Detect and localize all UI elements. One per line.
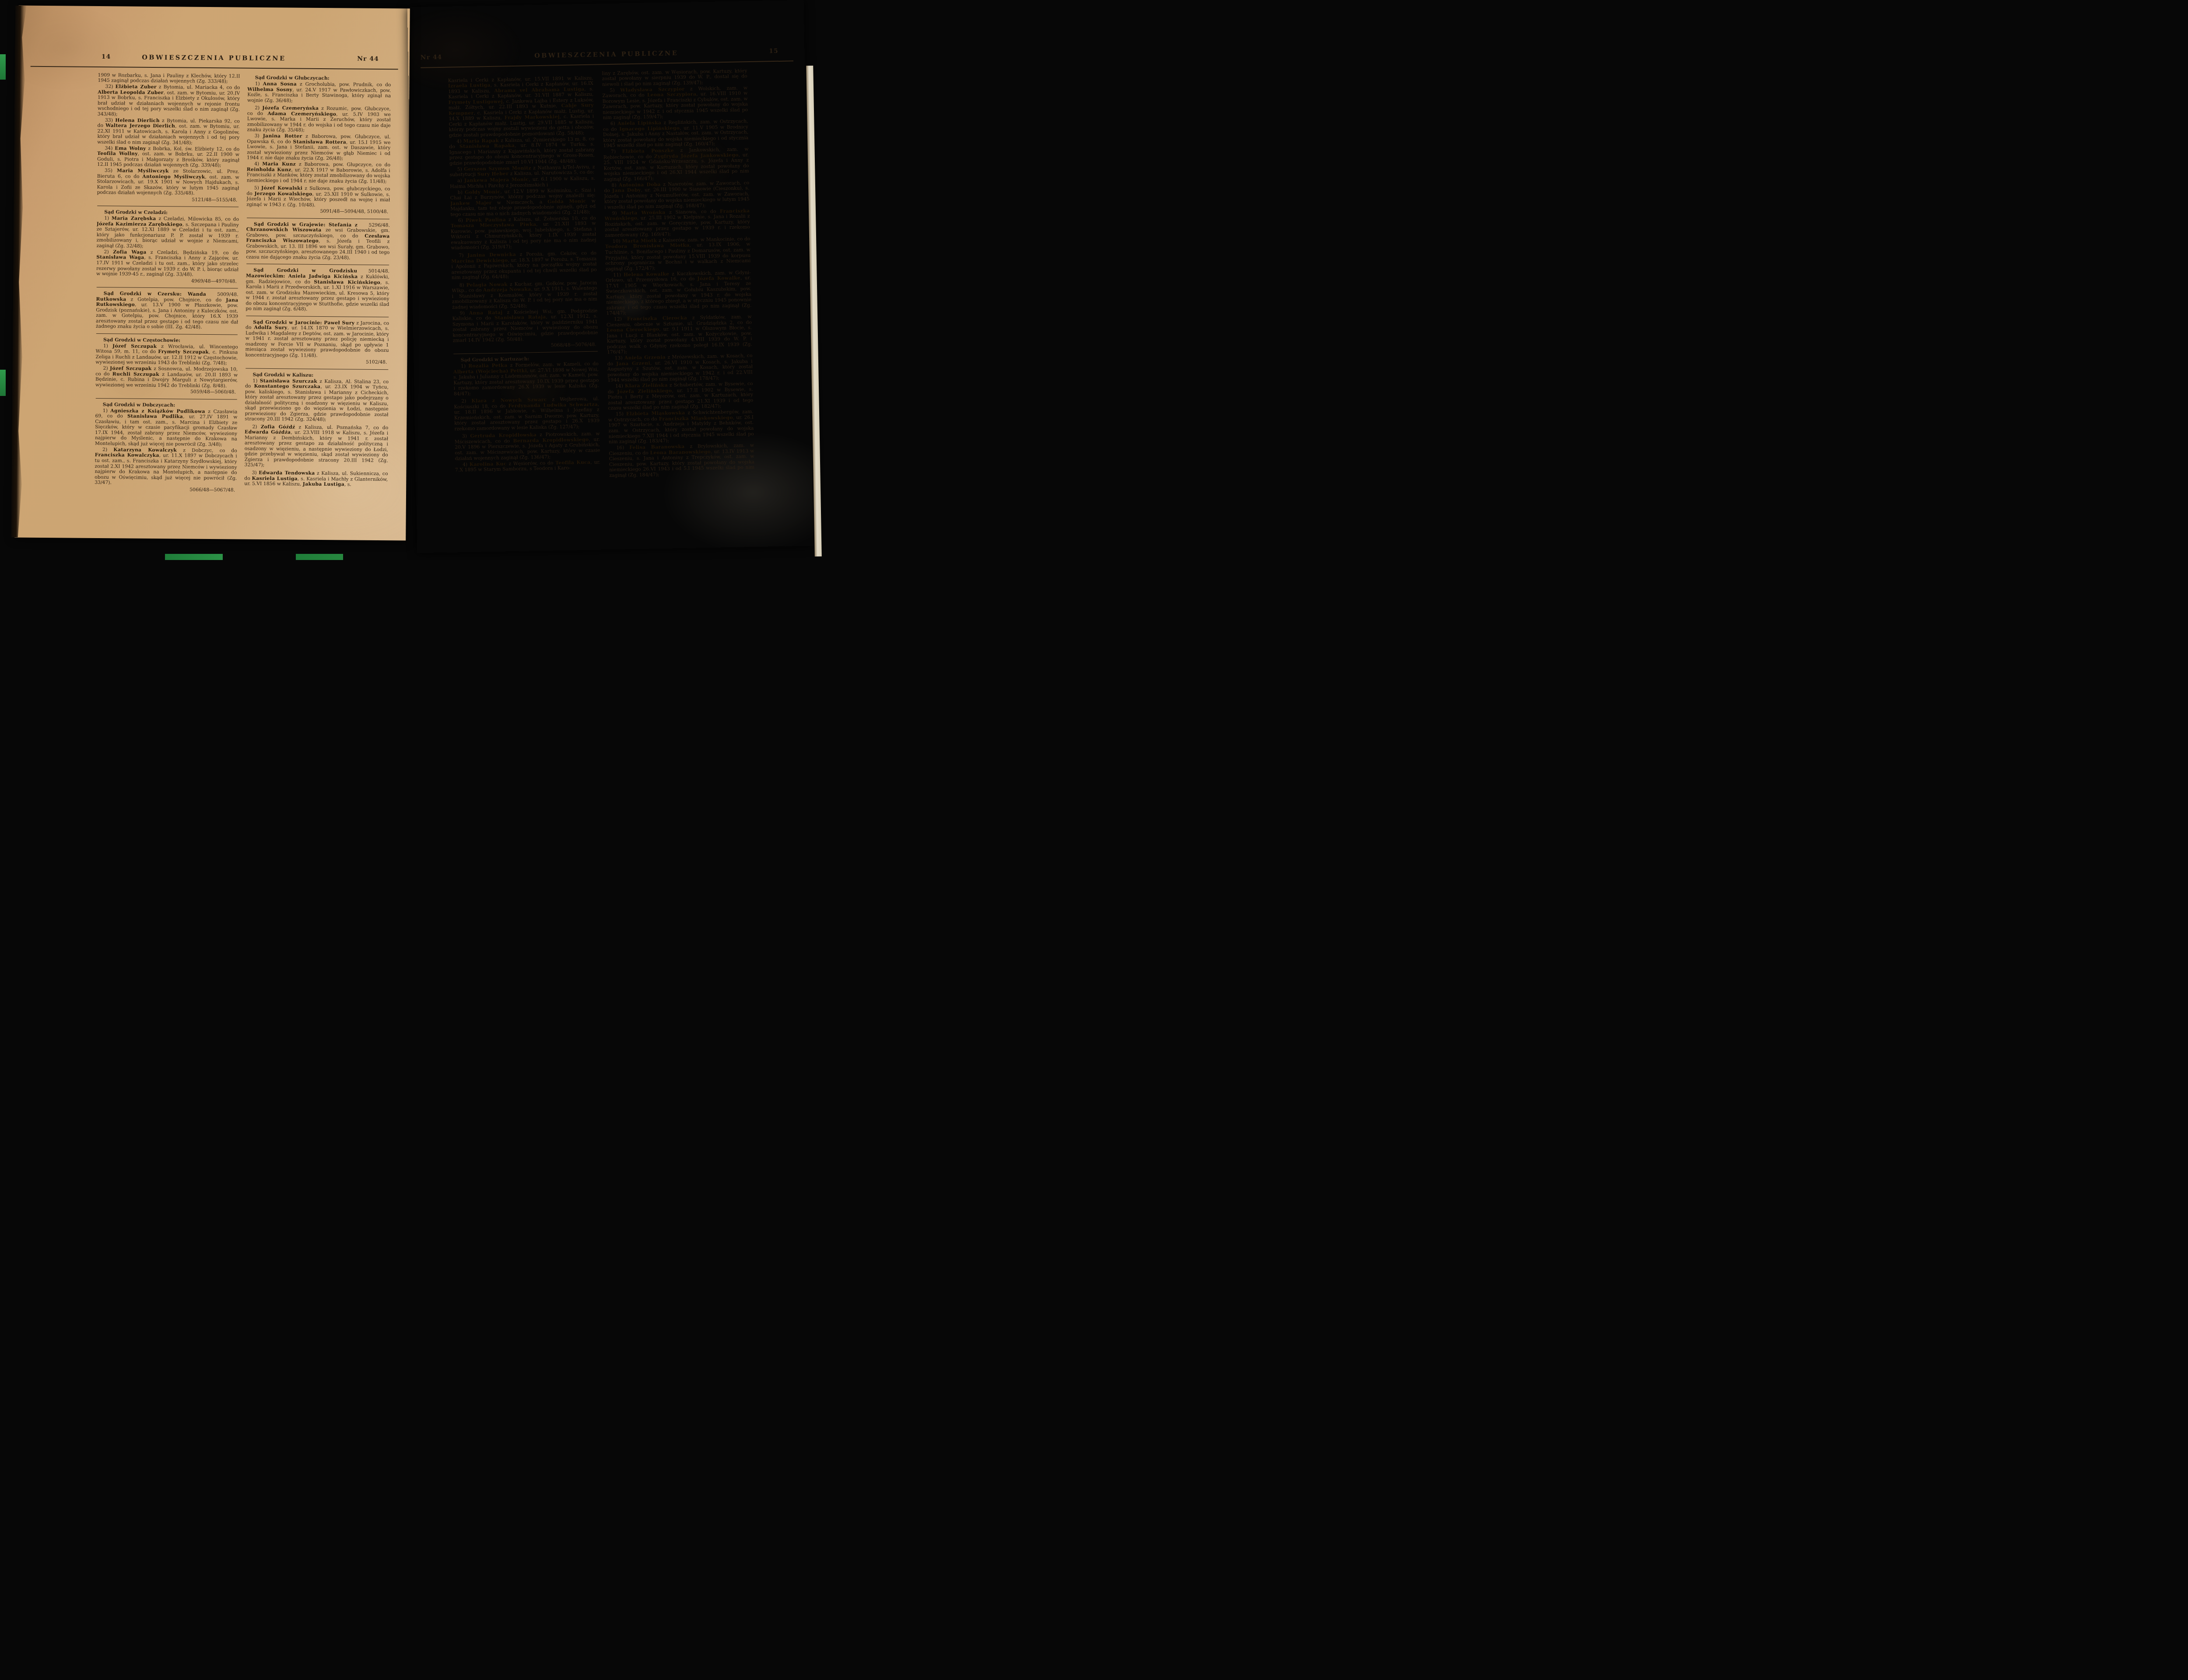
case-ref-number: 5014/48. — [357, 269, 389, 274]
case-ref-number: 5091/48—5094/48, 5100/48. — [246, 208, 388, 215]
case-entry: 33) Helena Dierlich z Bytomia, ul. Pieka… — [97, 118, 239, 146]
case-entry: 8) Antonina Doba z Nawrotów, zam. w Zawo… — [604, 180, 750, 210]
case-entry: 16) Felisa Baranowska z Brylowskich, zam… — [609, 443, 754, 478]
case-ref-number: 5066/48—5067/48. — [95, 486, 235, 493]
case-entry: 13) Aniela Grzenia z Mrózewskich, zam. w… — [607, 353, 753, 383]
case-entry: b) Gołdy Monic, ur. 12.V 1899 w Koźminku… — [450, 187, 596, 217]
case-entry: 2) Zofia Waga z Czeladzi, Będzińska 19, … — [96, 249, 238, 278]
case-entry: 2) Józefa Czemeryńska z Rozumic, pow. Gł… — [247, 105, 391, 134]
case-entry: Sąd Grodzki w Jarocinie: Paweł Sury z Ja… — [245, 319, 389, 359]
scanned-gazette-spread: 14 OBWIESZCZENIA PUBLICZNE Nr 44 1909 w … — [0, 0, 835, 560]
green-edge-tab — [165, 554, 223, 560]
torn-page-edge — [11, 5, 27, 537]
case-entry: 5014/48.Sąd Grodzki w Grodzisku Mazowiec… — [245, 268, 389, 313]
case-entry: 35) Maria Myśliwczyk ze Stolarzowic, ul.… — [97, 168, 239, 196]
case-entry: 6) Aniela Lipińska z Reglińskich, zam. w… — [603, 119, 748, 149]
case-entry: 7) Elżbieta Ponszke z Jankowskich, zam. … — [603, 147, 749, 182]
section-divider — [96, 333, 238, 335]
case-entry: 4) Maria Rapak z Kalisza, ul. Żymierskie… — [449, 136, 595, 166]
journal-title: OBWIESZCZENIA PUBLICZNE — [408, 47, 805, 62]
case-entry: 10) Marta Miotk z Kaiserów, zam. w Manko… — [605, 236, 750, 272]
case-entry: 5009/48.Sąd Grodzki w Czersku: Wanda Rut… — [96, 291, 238, 330]
case-entry: Kasriela i Cerki z Kapłanów, ur. 15.VII … — [448, 75, 594, 138]
case-entry: 3) Janina Rotter z Baborowa, pow. Głubcz… — [247, 133, 390, 162]
section-divider — [245, 368, 388, 370]
case-entry: 9) Anna Rataj z Kościelnej Wsi, gm. Podg… — [452, 308, 598, 343]
page-number: 15 — [769, 48, 778, 55]
case-entry: 6) Piwek Paulina z Kalisza, ul. Żołniers… — [450, 215, 596, 251]
case-entry: 15) Elżbieta Miąskowska z Schwichtenberg… — [608, 409, 754, 445]
case-entry: 2) Józef Szczupak z Sosnowca, ul. Modrze… — [95, 366, 238, 389]
page-header: Nr 44 OBWIESZCZENIA PUBLICZNE 15 — [408, 47, 805, 70]
case-entry: 14) Klara Zielińska z Schubertów, zam. w… — [607, 381, 753, 411]
case-entry: 1909 w Rozbarku, s. Jana i Pauliny z Kle… — [98, 72, 240, 84]
case-ref-number: 5059/48—5060/48. — [95, 388, 236, 395]
case-entry: 2) Zofia Góźdź z Kalisza, ul. Poznańska … — [245, 424, 389, 469]
case-entry: 2) Klara z Nowych Szwarc z Wejherowa, ul… — [454, 396, 600, 432]
case-entry: 12) Franciszka Cierocka z Syldatków, zam… — [607, 314, 753, 355]
header-rule — [421, 60, 793, 68]
case-entry: 5) Józef Kowalski z Sulkowa, pow. głubcz… — [246, 185, 390, 209]
case-entry: 3) Edwarda Tendowska z Kalisza, ul. Suki… — [244, 470, 388, 488]
case-entry: 9) Marta Wrońska z Sianowa, co do Franci… — [604, 208, 750, 238]
green-edge-tab — [0, 370, 6, 396]
header-rule — [31, 66, 398, 70]
case-ref-number: 4969/48—4970/48. — [96, 277, 237, 284]
section-divider — [97, 287, 238, 289]
case-entry: 2) Katarzyna Kowalczyk z Dobczyc, co do … — [95, 447, 237, 486]
case-ref-number: 5296/48. — [358, 222, 390, 228]
journal-title: OBWIESZCZENIA PUBLICZNE — [18, 53, 410, 63]
page-header: 14 OBWIESZCZENIA PUBLICZNE Nr 44 — [18, 53, 410, 71]
issue-number: Nr 44 — [357, 56, 379, 63]
section-divider — [97, 206, 238, 207]
case-entry: 8) Pelagia Nowak z Kuchar, gm. Gołków, p… — [452, 280, 597, 310]
case-entry: 7) Janina Dewnicka z Poroża, gm. Ceków, … — [451, 251, 597, 281]
case-entry: 32) Elżbieta Zuber z Bytomia, ul. Mariac… — [98, 84, 240, 118]
section-divider — [246, 264, 389, 266]
case-entry: 34) Ema Wolny z Bobrka, Kol. św. Elżbiet… — [97, 146, 239, 169]
section-divider — [96, 398, 237, 400]
case-entry: 5) Władysława Szczypior z Wolskich, zam.… — [602, 85, 748, 121]
case-entry: 3) Gertruda Kropidłowska z Piotrowskich,… — [455, 431, 600, 462]
case-entry: 5296/48.Sąd Grodzki w Grajewie: Stefania… — [246, 221, 390, 261]
case-entry: 1) Maria Zarębska z Czeladzi, Milowicka … — [96, 216, 239, 250]
left-page: 14 OBWIESZCZENIA PUBLICZNE Nr 44 1909 w … — [14, 6, 410, 541]
case-ref-number: 5121/48—5155/48. — [97, 196, 237, 203]
text-column-left: Kasriela i Cerki z Kapłanów, ur. 15.VII … — [448, 75, 602, 532]
case-entry: 1) Stanisława Szurczak z Kalisza, Al. St… — [245, 378, 389, 423]
case-ref-number: 5102/48. — [245, 359, 387, 365]
case-entry: 1) Rozalia Petka z Formelów, zam. w Kame… — [453, 361, 599, 397]
green-edge-tab — [0, 54, 6, 80]
case-entry: 4) Maria Kunz z Baborowa, pow. Głupczyce… — [247, 161, 390, 185]
text-column-right: Sąd Grodzki w Głubczycach:1) Anna Sosna … — [244, 73, 391, 534]
case-entry: 1) Anna Sosna z Grocholubia, pow. Prudni… — [247, 81, 391, 105]
section-divider — [247, 217, 389, 219]
text-column-right: liny z Zarębów, ost. zam. w Węsiorach, p… — [602, 67, 755, 525]
case-entry: 1) Józef Szczupak z Wrocławia, ul. Wince… — [95, 343, 238, 367]
section-divider — [453, 351, 598, 354]
case-entry: 1) Agnieszka z Książków Pudlikowa z Czas… — [95, 408, 238, 448]
case-entry: 4) Karolina Kuc z Węsiorów, co do Teofil… — [455, 459, 600, 473]
case-entry: liny z Zarębów, ost. zam. w Węsiorach, p… — [602, 68, 747, 87]
section-divider — [246, 315, 389, 317]
green-edge-tab — [296, 554, 343, 560]
right-page: Nr 44 OBWIESZCZENIA PUBLICZNE 15 Kasriel… — [407, 0, 814, 553]
case-entry: 11) Helena Kowalke z Kuczkowskich, zam. … — [606, 270, 752, 316]
text-column-left: 1909 w Rozbarku, s. Jana i Pauliny z Kle… — [95, 72, 240, 519]
